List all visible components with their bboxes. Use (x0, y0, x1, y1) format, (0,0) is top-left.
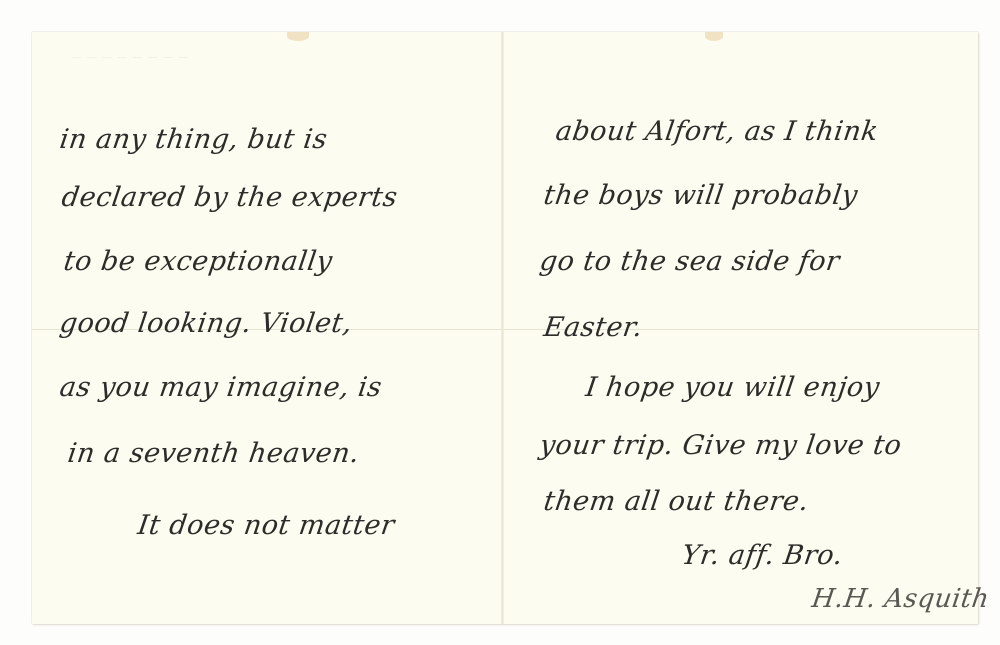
handwritten-line: in any thing, but is (58, 124, 330, 155)
handwritten-line: your trip. Give my love to (538, 430, 904, 461)
handwritten-line: them all out there. (542, 486, 811, 517)
handwritten-line: Easter. (542, 312, 645, 343)
handwritten-line: the boys will probably (542, 180, 860, 211)
handwritten-line: I hope you will enjoy (584, 372, 882, 403)
signature: H.H. Asquith (810, 584, 991, 614)
handwritten-line: to be exceptionally (62, 246, 335, 277)
letter-sheet: — — — — — — — — in any thing, but is dec… (32, 32, 978, 624)
handwritten-line: good looking. Violet, (58, 308, 354, 339)
closing-line: Yr. aff. Bro. (680, 540, 845, 571)
handwritten-line: about Alfort, as I think (554, 116, 881, 147)
handwritten-line: as you may imagine, is (58, 372, 384, 403)
faint-letterhead: — — — — — — — — (72, 52, 190, 62)
handwritten-line: go to the sea side for (538, 246, 842, 277)
handwritten-line: in a seventh heaven. (66, 438, 362, 469)
scan-canvas: — — — — — — — — in any thing, but is dec… (0, 0, 1000, 645)
handwritten-line: declared by the experts (60, 182, 400, 213)
left-page: — — — — — — — — in any thing, but is dec… (32, 32, 502, 624)
handwritten-line: It does not matter (136, 510, 397, 541)
right-page: about Alfort, as I think the boys will p… (504, 32, 978, 624)
